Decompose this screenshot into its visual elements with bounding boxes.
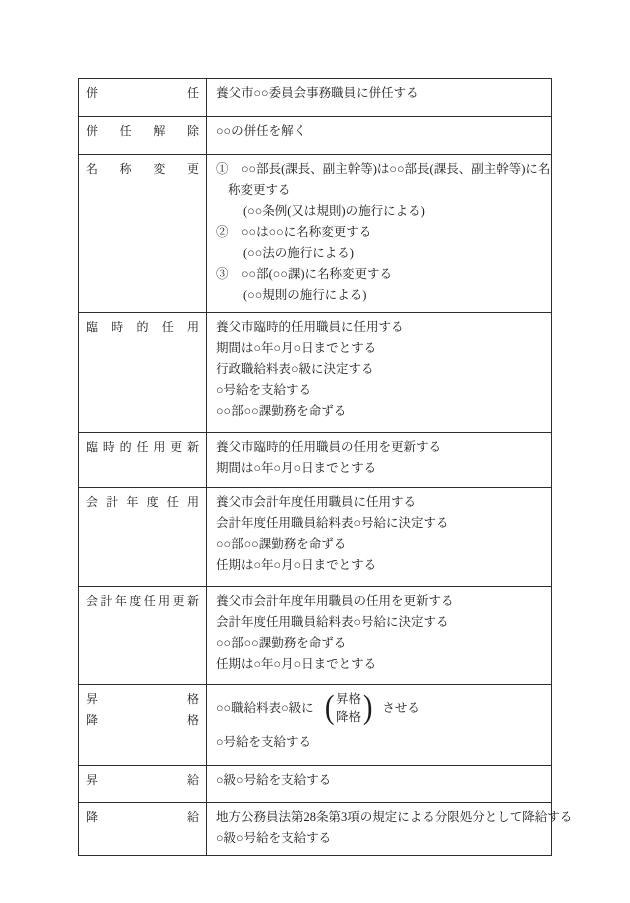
content-line: ○○部○○課勤務を命ずる <box>216 401 543 422</box>
label-char: 新 <box>187 437 199 458</box>
label-char: 除 <box>187 121 199 142</box>
table-row: 会計年度任用更新養父市会計年度年用職員の任用を更新する会計年度任用職員給料表○号… <box>79 587 552 685</box>
row-label-cell: 降給 <box>79 803 207 856</box>
row-content-cell: 養父市臨時的任用職員に任用する期間は○年○月○日までとする行政職給料表○級に決定… <box>207 313 552 433</box>
label-char: 格 <box>187 710 199 731</box>
content-line: ○○部○○課勤務を命ずる <box>216 633 543 654</box>
label-char: 用 <box>158 591 170 612</box>
row-label: 会計年度任用 <box>86 492 199 513</box>
document-page: 併任養父市○○委員会事務職員に併任する併任解除○○の併任を解く名称変更① ○○部… <box>0 0 630 903</box>
label-char: 称 <box>120 159 132 180</box>
content-line: ○号給を支給する <box>216 732 543 753</box>
content-line: 期間は○年○月○日までとする <box>216 458 543 479</box>
row-label: 併任 <box>86 83 199 104</box>
label-char: 的 <box>120 437 132 458</box>
content-line: 行政職給料表○級に決定する <box>216 359 543 380</box>
close-paren-icon: ) <box>363 689 373 727</box>
table-row: 臨時的任用更新養父市臨時的任用職員の任用を更新する期間は○年○月○日までとする <box>79 433 552 488</box>
label-char: 任 <box>187 83 199 104</box>
label-char: 計 <box>106 492 118 513</box>
row-label-cell: 会計年度任用更新 <box>79 587 207 685</box>
label-char: 給 <box>187 770 199 791</box>
brace-line: ○○職給料表○級に(昇格降格)させる <box>216 689 543 727</box>
label-char: 解 <box>153 121 165 142</box>
row-label-cell: 併任解除 <box>79 117 207 155</box>
label-char: 任 <box>162 317 174 338</box>
content-line: 会計年度任用職員給料表○号給に決定する <box>216 513 543 534</box>
row-label-cell: 会計年度任用 <box>79 488 207 587</box>
row-content-cell: 養父市会計年度年用職員の任用を更新する会計年度任用職員給料表○号給に決定する○○… <box>207 587 552 685</box>
label-char: 用 <box>153 437 165 458</box>
row-label-cell: 臨時的任用 <box>79 313 207 433</box>
row-content-cell: 養父市○○委員会事務職員に併任する <box>207 79 552 117</box>
table-row: 併任解除○○の併任を解く <box>79 117 552 155</box>
label-char: 給 <box>187 807 199 828</box>
content-line: 養父市会計年度年用職員の任用を更新する <box>216 591 543 612</box>
row-label: 名称変更 <box>86 159 199 180</box>
table-row: 名称変更① ○○部長(課長、副主幹等)は○○部長(課長、副主幹等)に名称変更する… <box>79 155 552 313</box>
row-content-cell: ○○職給料表○級に(昇格降格)させる○号給を支給する <box>207 685 552 766</box>
label-char: 変 <box>153 159 165 180</box>
row-content-cell: ○級○号給を支給する <box>207 766 552 803</box>
row-content-cell: 養父市臨時的任用職員の任用を更新する期間は○年○月○日までとする <box>207 433 552 488</box>
row-label: 臨時的任用 <box>86 317 199 338</box>
row-label-cell: 臨時的任用更新 <box>79 433 207 488</box>
label-char: 度 <box>129 591 141 612</box>
row-label: 降格 <box>86 710 199 731</box>
brace-option: 昇格 <box>336 690 361 708</box>
content-line: 任期は○年○月○日までとする <box>216 555 543 576</box>
table-row: 昇格降格○○職給料表○級に(昇格降格)させる○号給を支給する <box>79 685 552 766</box>
content-line: 地方公務員法第28条第3項の規定による分限処分として降給する <box>216 807 543 828</box>
row-label: 臨時的任用更新 <box>86 437 199 458</box>
label-char: 降 <box>86 807 98 828</box>
label-char: 任 <box>136 437 148 458</box>
content-line: ○級○号給を支給する <box>216 828 543 849</box>
row-content-cell: 養父市会計年度任用職員に任用する会計年度任用職員給料表○号給に決定する○○部○○… <box>207 488 552 587</box>
row-label: 昇格 <box>86 689 199 710</box>
content-line: 任期は○年○月○日までとする <box>216 654 543 675</box>
label-char: 的 <box>136 317 148 338</box>
table-row: 降給地方公務員法第28条第3項の規定による分限処分として降給する○級○号給を支給… <box>79 803 552 856</box>
brace-option: 降格 <box>336 708 361 726</box>
notice-table-body: 併任養父市○○委員会事務職員に併任する併任解除○○の併任を解く名称変更① ○○部… <box>79 79 552 856</box>
label-char: 用 <box>187 317 199 338</box>
content-line: ① ○○部長(課長、副主幹等)は○○部長(課長、副主幹等)に名 <box>216 159 543 180</box>
label-char: 年 <box>126 492 138 513</box>
label-char: 昇 <box>86 770 98 791</box>
row-content-cell: 地方公務員法第28条第3項の規定による分限処分として降給する○級○号給を支給する <box>207 803 552 856</box>
label-char: 年 <box>115 591 127 612</box>
label-char: 名 <box>86 159 98 180</box>
row-label-cell: 昇格降格 <box>79 685 207 766</box>
content-line: ○級○号給を支給する <box>216 770 543 791</box>
row-content-cell: ① ○○部長(課長、副主幹等)は○○部長(課長、副主幹等)に名称変更する(○○条… <box>207 155 552 313</box>
label-char: 昇 <box>86 689 98 710</box>
row-label: 昇給 <box>86 770 199 791</box>
label-char: 併 <box>86 83 98 104</box>
label-char: 時 <box>111 317 123 338</box>
content-line: ○号給を支給する <box>216 380 543 401</box>
row-label: 会計年度任用更新 <box>86 591 199 612</box>
label-char: 更 <box>170 437 182 458</box>
content-line: 養父市○○委員会事務職員に併任する <box>216 83 543 104</box>
table-row: 臨時的任用養父市臨時的任用職員に任用する期間は○年○月○日までとする行政職給料表… <box>79 313 552 433</box>
table-row: 昇給○級○号給を支給する <box>79 766 552 803</box>
brace-post-text: させる <box>382 698 420 719</box>
content-line: 養父市会計年度任用職員に任用する <box>216 492 543 513</box>
label-char: 計 <box>100 591 112 612</box>
content-line: ○○の併任を解く <box>216 121 543 142</box>
label-char: 臨 <box>86 317 98 338</box>
content-line: 養父市臨時的任用職員に任用する <box>216 317 543 338</box>
row-label-cell: 併任 <box>79 79 207 117</box>
label-char: 用 <box>187 492 199 513</box>
label-char: 更 <box>187 159 199 180</box>
content-line: ③ ○○部(○○課)に名称変更する <box>216 264 543 285</box>
content-line: (○○規則の施行による) <box>216 285 543 306</box>
label-char: 時 <box>103 437 115 458</box>
content-line: 養父市臨時的任用職員の任用を更新する <box>216 437 543 458</box>
label-char: 会 <box>86 591 98 612</box>
content-line: (○○条例(又は規則)の施行による) <box>216 201 543 222</box>
row-label-cell: 名称変更 <box>79 155 207 313</box>
label-char: 度 <box>147 492 159 513</box>
content-line: (○○法の施行による) <box>216 243 543 264</box>
label-char: 臨 <box>86 437 98 458</box>
brace-group: (昇格降格) <box>324 689 374 727</box>
content-line: ② ○○は○○に名称変更する <box>216 222 543 243</box>
label-char: 任 <box>120 121 132 142</box>
content-line: 会計年度任用職員給料表○号給に決定する <box>216 612 543 633</box>
content-line: 称変更する <box>216 180 543 201</box>
content-line: 期間は○年○月○日までとする <box>216 338 543 359</box>
row-label: 降給 <box>86 807 199 828</box>
row-content-cell: ○○の併任を解く <box>207 117 552 155</box>
label-char: 任 <box>144 591 156 612</box>
label-char: 降 <box>86 710 98 731</box>
table-row: 併任養父市○○委員会事務職員に併任する <box>79 79 552 117</box>
table-row: 会計年度任用養父市会計年度任用職員に任用する会計年度任用職員給料表○号給に決定す… <box>79 488 552 587</box>
brace-pre-text: ○○職給料表○級に <box>216 698 314 719</box>
label-char: 任 <box>167 492 179 513</box>
appointment-notice-table: 併任養父市○○委員会事務職員に併任する併任解除○○の併任を解く名称変更① ○○部… <box>78 78 552 856</box>
open-paren-icon: ( <box>325 689 335 727</box>
brace-options: 昇格降格 <box>336 690 361 726</box>
row-label: 併任解除 <box>86 121 199 142</box>
label-char: 会 <box>86 492 98 513</box>
label-char: 新 <box>187 591 199 612</box>
label-char: 併 <box>86 121 98 142</box>
row-label-cell: 昇給 <box>79 766 207 803</box>
content-line: ○○部○○課勤務を命ずる <box>216 534 543 555</box>
label-char: 更 <box>173 591 185 612</box>
label-char: 格 <box>187 689 199 710</box>
